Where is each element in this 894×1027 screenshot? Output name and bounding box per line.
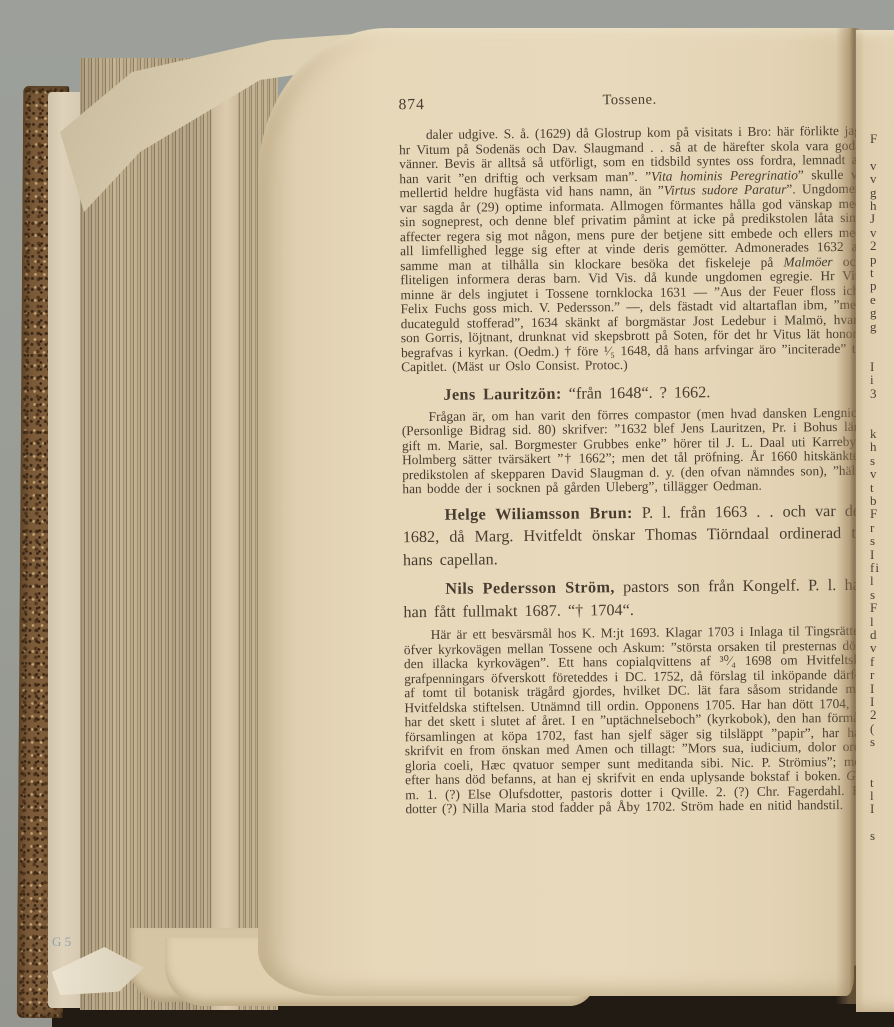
running-title: Tossene. (399, 90, 861, 111)
entry-nils-paragraph: Här är ett besvärsmål hos K. M:jt 1693. … (404, 624, 868, 817)
page-text-sections: daler udgive. S. å. (1629) då Glostrup k… (399, 124, 868, 817)
page-block-light-band (212, 58, 240, 1010)
blue-stamp-marks: G 5 (52, 930, 72, 954)
entry-heading-jens-lauritzon: Jens Lauritzön: “från 1648“. ? 1662. (401, 380, 863, 404)
endpaper-edge (48, 92, 84, 1008)
page-header: 874 Tossene. (399, 90, 861, 116)
facing-page-sliver: F v v g h J v 2 p t p e g g I i 3 k h s … (856, 30, 894, 1012)
facing-page-text-fragments: F v v g h J v 2 p t p e g g I i 3 k h s … (870, 132, 894, 843)
entry-nils-pedersson-strom: Nils Pedersson Ström, pastors son från K… (403, 574, 865, 624)
page-text-column: 874 Tossene. daler udgive. S. å. (1629) … (399, 90, 868, 817)
entry-vitus-paragraph: daler udgive. S. å. (1629) då Glostrup k… (399, 124, 863, 375)
open-book-page: 874 Tossene. daler udgive. S. å. (1629) … (258, 28, 854, 996)
entry-jens-paragraph: Frågan är, om han varit den förres compa… (402, 405, 865, 496)
entry-helge-wiliamsson-brun: Helge Wiliamsson Brun: P. l. från 1663 .… (402, 499, 865, 571)
book-scan-photo: 874 Tossene. daler udgive. S. å. (1629) … (0, 0, 894, 1027)
